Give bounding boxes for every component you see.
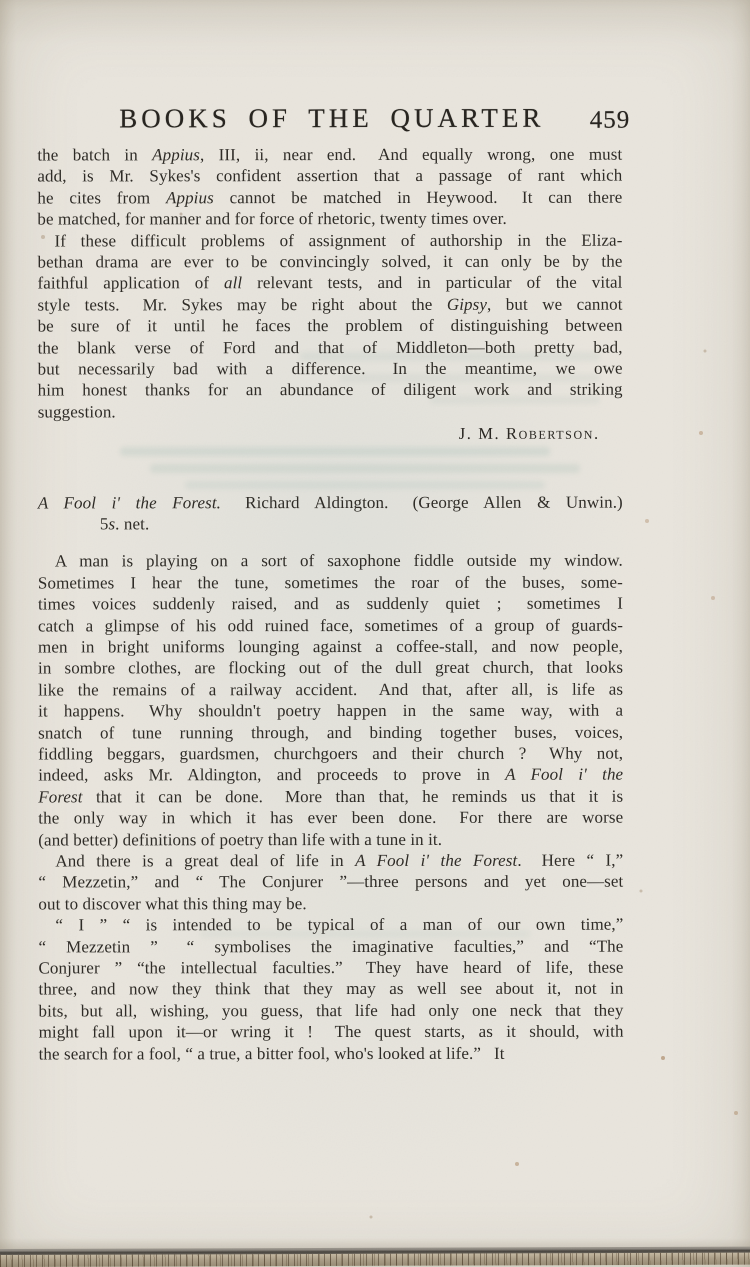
text-line: be sure of it until he faces the problem… [38, 315, 623, 337]
text-line: Forest that it can be done. More than th… [38, 785, 623, 807]
text-line: it happens. Why shouldn't poetry happen … [38, 700, 623, 722]
text-line: A man is playing on a sort of saxophone … [38, 550, 623, 572]
paragraph: “ I ” “ is intended to be typical of a m… [38, 914, 623, 1065]
article-paragraphs: the batch in Appius, III, ii, near end. … [37, 144, 622, 423]
text-line: might fall upon it—or wring it ! The que… [39, 1021, 624, 1043]
review-aldington: A Fool i' the Forest. Richard Aldington.… [38, 492, 624, 1065]
text-line: the batch in Appius, III, ii, near end. … [37, 144, 622, 166]
text-line: “ Mezzetin,” and “ The Conjurer ”—three … [38, 871, 623, 893]
text-line: like the remains of a railway accident. … [38, 678, 623, 700]
text-line: out to discover what this thing may be. [38, 892, 623, 914]
reviewer-signature: J. M. Robertson. [38, 423, 623, 445]
text-line: And there is a great deal of life in A F… [38, 850, 623, 872]
text-line: bits, but all, wishing, you guess, that … [39, 999, 624, 1021]
text-line: Sometimes I hear the tune, sometimes the… [38, 571, 623, 593]
text-line: suggestion. [38, 401, 623, 423]
text-line: times voices suddenly raised, and as sud… [38, 593, 623, 615]
text-line: he cites from Appius cannot be matched i… [37, 186, 622, 208]
text-line: style tests. Mr. Sykes may be right abou… [38, 293, 623, 315]
text-line: him honest thanks for an abundance of di… [38, 379, 623, 401]
text-line: be matched, for manner and for force of … [37, 208, 622, 230]
text-line: (and better) definitions of poetry than … [38, 828, 623, 850]
review-paragraphs: A man is playing on a sort of saxophone … [38, 550, 624, 1065]
text-line: “ I ” “ is intended to be typical of a m… [38, 914, 623, 936]
text-line: the search for a fool, “ a true, a bitte… [39, 1042, 624, 1064]
page-content: BOOKS OF THE QUARTER 459 the batch in Ap… [0, 0, 750, 1267]
text-line: add, is Mr. Sykes's confident assertion … [37, 165, 622, 187]
paragraph: A man is playing on a sort of saxophone … [38, 550, 623, 851]
text-line: “ Mezzetin ” “ symbolises the imaginativ… [38, 935, 623, 957]
text-line: but necessarily bad with a difference. I… [38, 358, 623, 380]
page-header: BOOKS OF THE QUARTER 459 [37, 99, 626, 140]
scanned-book-page: BOOKS OF THE QUARTER 459 the batch in Ap… [0, 0, 750, 1267]
text-line: faithful application of all relevant tes… [37, 272, 622, 294]
paragraph: If these difficult problems of assignmen… [37, 229, 622, 422]
article-robertson-end: the batch in Appius, III, ii, near end. … [37, 144, 622, 446]
book-fore-edge-band [0, 1253, 750, 1267]
text-line: catch a glimpse of his odd ruined face, … [38, 614, 623, 636]
text-line: indeed, asks Mr. Aldington, and proceeds… [38, 764, 623, 786]
text-line: bethan drama are ever to be convincingly… [37, 251, 622, 273]
paragraph: the batch in Appius, III, ii, near end. … [37, 144, 622, 230]
book-title-line: A Fool i' the Forest. Richard Aldington.… [38, 492, 623, 514]
text-line: men in bright uniforms lounging against … [38, 636, 623, 658]
page-number: 459 [590, 107, 631, 135]
dust-specks [0, 0, 2, 2]
text-line: in sombre clothes, are flocking out of t… [38, 657, 623, 679]
review-book-heading: A Fool i' the Forest. Richard Aldington.… [38, 492, 623, 536]
text-line: three, and now they think that they may … [38, 978, 623, 1000]
text-line: the blank verse of Ford and that of Midd… [38, 336, 623, 358]
running-title: BOOKS OF THE QUARTER [37, 99, 626, 138]
text-line: If these difficult problems of assignmen… [37, 229, 622, 251]
paragraph: And there is a great deal of life in A F… [38, 850, 623, 915]
text-line: the only way in which it has ever been d… [38, 807, 623, 829]
text-line: Conjurer ” “the intellectual faculties.”… [38, 957, 623, 979]
text-line: fiddling beggars, guardsmen, churchgoers… [38, 743, 623, 765]
book-price-line: 5s. net. [38, 513, 623, 535]
text-line: snatch of tune running through, and bind… [38, 721, 623, 743]
